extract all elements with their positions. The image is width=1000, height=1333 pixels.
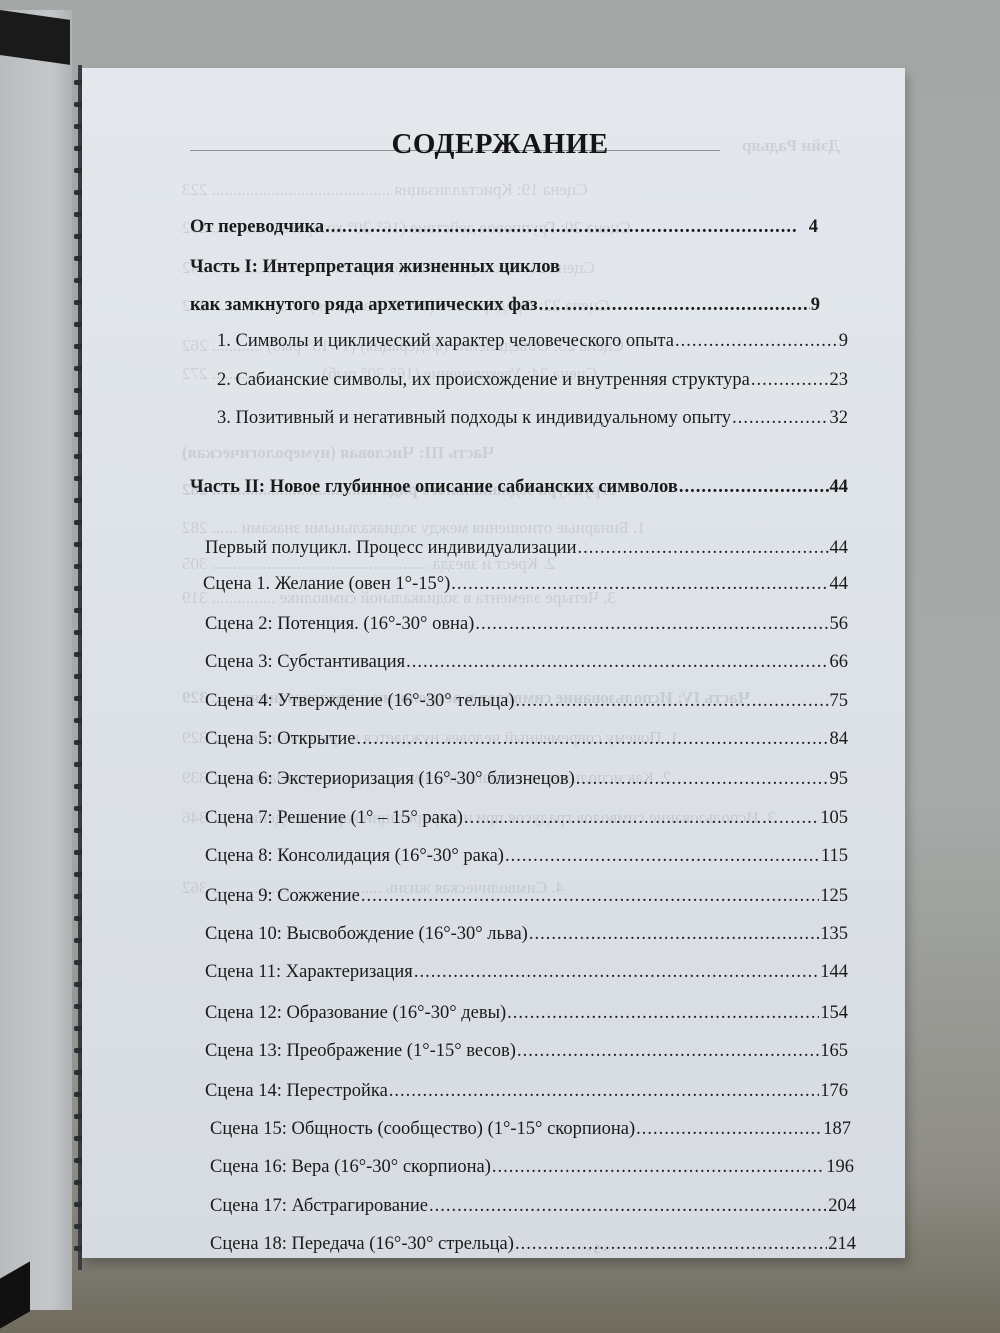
toc-entry-page: 144 xyxy=(820,962,848,983)
bleed-through-text: Сцена 19: Кристаллизация ...............… xyxy=(182,180,588,200)
toc-leader-dots xyxy=(515,1234,827,1255)
toc-entry-page: 84 xyxy=(830,729,849,750)
toc-leader-dots xyxy=(406,652,828,673)
toc-entry-label: Сцена 12: Образование (16°-30° девы) xyxy=(205,1003,506,1024)
toc-entry: 2. Сабианские символы, их происхождение … xyxy=(217,370,848,391)
toc-entry: Сцена 9: Сожжение125 xyxy=(205,886,848,907)
toc-entry: Сцена 2: Потенция. (16°-30° овна)56 xyxy=(205,614,848,635)
toc-entry-label: Сцена 9: Сожжение xyxy=(205,886,360,907)
toc-entry-label: 3. Позитивный и негативный подходы к инд… xyxy=(217,408,731,429)
toc-leader-dots xyxy=(475,614,828,635)
toc-entry-page: 135 xyxy=(820,924,848,945)
toc-entry: Сцена 6: Экстериоризация (16°-30° близне… xyxy=(205,769,848,790)
toc-entry-page: 32 xyxy=(830,408,849,429)
toc-entry-page: 23 xyxy=(830,370,849,391)
toc-entry: Сцена 5: Открытие84 xyxy=(205,729,848,750)
toc-entry-page: 165 xyxy=(820,1041,848,1062)
toc-leader-dots xyxy=(636,1119,822,1140)
toc-entry: Сцена 8: Консолидация (16°-30° рака)115 xyxy=(205,846,848,867)
toc-leader-dots xyxy=(325,217,796,238)
toc-entry-label: Сцена 15: Общность (сообщество) (1°-15° … xyxy=(210,1119,635,1140)
toc-entry: Сцена 10: Высвобождение (16°-30° льва)13… xyxy=(205,924,848,945)
toc-entry-label: Сцена 11: Характеризация xyxy=(205,962,413,983)
toc-entry: Сцена 11: Характеризация 144 xyxy=(205,962,848,983)
toc-leader-dots xyxy=(679,477,829,498)
book-cover xyxy=(0,10,72,1310)
toc-leader-dots xyxy=(576,769,829,790)
toc-entry-page: 115 xyxy=(821,846,848,867)
toc-entry-page: 56 xyxy=(830,614,849,635)
toc-entry: Сцена 3: Субстантивация66 xyxy=(205,652,848,673)
toc-entry: Сцена 4: Утверждение (16°-30° тельца)75 xyxy=(205,691,848,712)
toc-leader-dots xyxy=(516,691,829,712)
toc-entry-label: Сцена 5: Открытие xyxy=(205,729,356,750)
toc-entry: 1. Символы и циклический характер челове… xyxy=(217,331,848,352)
toc-leader-dots xyxy=(464,808,819,829)
toc-entry: Сцена 16: Вера (16°-30° скорпиона) 196 xyxy=(210,1157,854,1178)
toc-entry: Сцена 15: Общность (сообщество) (1°-15° … xyxy=(210,1119,851,1140)
toc-entry-page: 44 xyxy=(830,477,849,498)
bleed-through-text: 1. Бинарные отношения между зодиакальным… xyxy=(182,518,646,538)
toc-entry-page: 9 xyxy=(811,295,820,316)
toc-entry: Сцена 7: Решение (1° – 15° рака)105 xyxy=(205,808,848,829)
toc-entry-page: 214 xyxy=(828,1234,856,1255)
toc-entry-page: 4 xyxy=(809,217,818,238)
toc-leader-dots xyxy=(517,1041,819,1062)
toc-entry: 3. Позитивный и негативный подходы к инд… xyxy=(217,408,848,429)
toc-entry-label: Сцена 8: Консолидация (16°-30° рака) xyxy=(205,846,504,867)
toc-entry-page: 105 xyxy=(820,808,848,829)
toc-entry-label: Сцена 3: Субстантивация xyxy=(205,652,405,673)
toc-entry-label: Сцена 4: Утверждение (16°-30° тельца) xyxy=(205,691,515,712)
toc-entry-label: 1. Символы и циклический характер челове… xyxy=(217,331,674,352)
toc-entry-page: 44 xyxy=(830,574,849,595)
toc-entry-label: Сцена 18: Передача (16°-30° стрельца) xyxy=(210,1234,514,1255)
toc-entry: Сцена 17: Абстрагирование 204 xyxy=(210,1196,856,1217)
toc-leader-dots xyxy=(507,1003,819,1024)
toc-entry: как замкнутого ряда архетипических фаз 9 xyxy=(190,295,820,316)
toc-leader-dots xyxy=(578,538,829,559)
toc-entry-label: Сцена 17: Абстрагирование xyxy=(210,1196,428,1217)
toc-entry-label: Сцена 2: Потенция. (16°-30° овна) xyxy=(205,614,474,635)
toc-entry-page: 176 xyxy=(820,1081,848,1102)
toc-entry: Сцена 14: Перестройка 176 xyxy=(205,1081,848,1102)
toc-entry-page: 187 xyxy=(823,1119,851,1140)
toc-entry: Сцена 18: Передача (16°-30° стрельца)214 xyxy=(210,1234,856,1255)
toc-entry-page: 204 xyxy=(828,1196,856,1217)
toc-entry-page: 154 xyxy=(820,1003,848,1024)
toc-leader-dots xyxy=(361,886,819,907)
toc-entry: Часть I: Интерпретация жизненных циклов xyxy=(190,257,562,278)
toc-leader-dots xyxy=(451,574,828,595)
toc-entry: От переводчика4 xyxy=(190,217,818,238)
toc-leader-dots xyxy=(357,729,829,750)
toc-entry-label: Сцена 10: Высвобождение (16°-30° льва) xyxy=(205,924,528,945)
toc-entry-label: Сцена 7: Решение (1° – 15° рака) xyxy=(205,808,463,829)
toc-leader-dots xyxy=(414,962,819,983)
toc-entry-page: 75 xyxy=(830,691,849,712)
toc-entry-page: 95 xyxy=(830,769,849,790)
toc-leader-dots xyxy=(732,408,828,429)
toc-entry: Первый полуцикл. Процесс индивидуализаци… xyxy=(205,538,848,559)
toc-leader-dots xyxy=(505,846,820,867)
toc-entry-page: 9 xyxy=(839,331,848,352)
toc-entry-page: 66 xyxy=(830,652,849,673)
toc-entry-page: 125 xyxy=(820,886,848,907)
toc-leader-dots xyxy=(751,370,829,391)
toc-entry-label: Первый полуцикл. Процесс индивидуализаци… xyxy=(205,538,577,559)
toc-entry-label: Часть II: Новое глубинное описание сабиа… xyxy=(190,477,678,498)
book-cover-edge xyxy=(0,10,70,65)
toc-entry-label: 2. Сабианские символы, их происхождение … xyxy=(217,370,750,391)
toc-entry: Сцена 1. Желание (овен 1°-15°)44 xyxy=(203,574,848,595)
toc-entry: Сцена 12: Образование (16°-30° девы)154 xyxy=(205,1003,848,1024)
toc-leader-dots xyxy=(539,295,810,316)
toc-entry-label: Сцена 1. Желание (овен 1°-15°) xyxy=(203,574,450,595)
toc-entry-label: Сцена 6: Экстериоризация (16°-30° близне… xyxy=(205,769,575,790)
toc-entry-page: 196 xyxy=(826,1157,854,1178)
toc-entry-label: как замкнутого ряда архетипических фаз xyxy=(190,295,538,316)
toc-entry-label: От переводчика xyxy=(190,217,324,238)
toc-entry-page: 44 xyxy=(830,538,849,559)
toc-entry-label: Сцена 14: Перестройка xyxy=(205,1081,388,1102)
toc-entry: Часть II: Новое глубинное описание сабиа… xyxy=(190,477,848,498)
toc-entry-label: Сцена 16: Вера (16°-30° скорпиона) xyxy=(210,1157,491,1178)
toc-entry-label: Сцена 13: Преображение (1°-15° весов) xyxy=(205,1041,516,1062)
page-title: СОДЕРЖАНИЕ xyxy=(0,128,1000,161)
toc-entry-label: Часть I: Интерпретация жизненных циклов xyxy=(190,257,560,278)
toc-leader-dots xyxy=(429,1196,827,1217)
toc-leader-dots xyxy=(492,1157,825,1178)
toc-leader-dots xyxy=(389,1081,819,1102)
toc-leader-dots xyxy=(675,331,838,352)
toc-leader-dots xyxy=(529,924,819,945)
bleed-through-text: Часть III: Числовая (нумерологическая) xyxy=(182,443,494,463)
toc-entry: Сцена 13: Преображение (1°-15° весов)165 xyxy=(205,1041,848,1062)
